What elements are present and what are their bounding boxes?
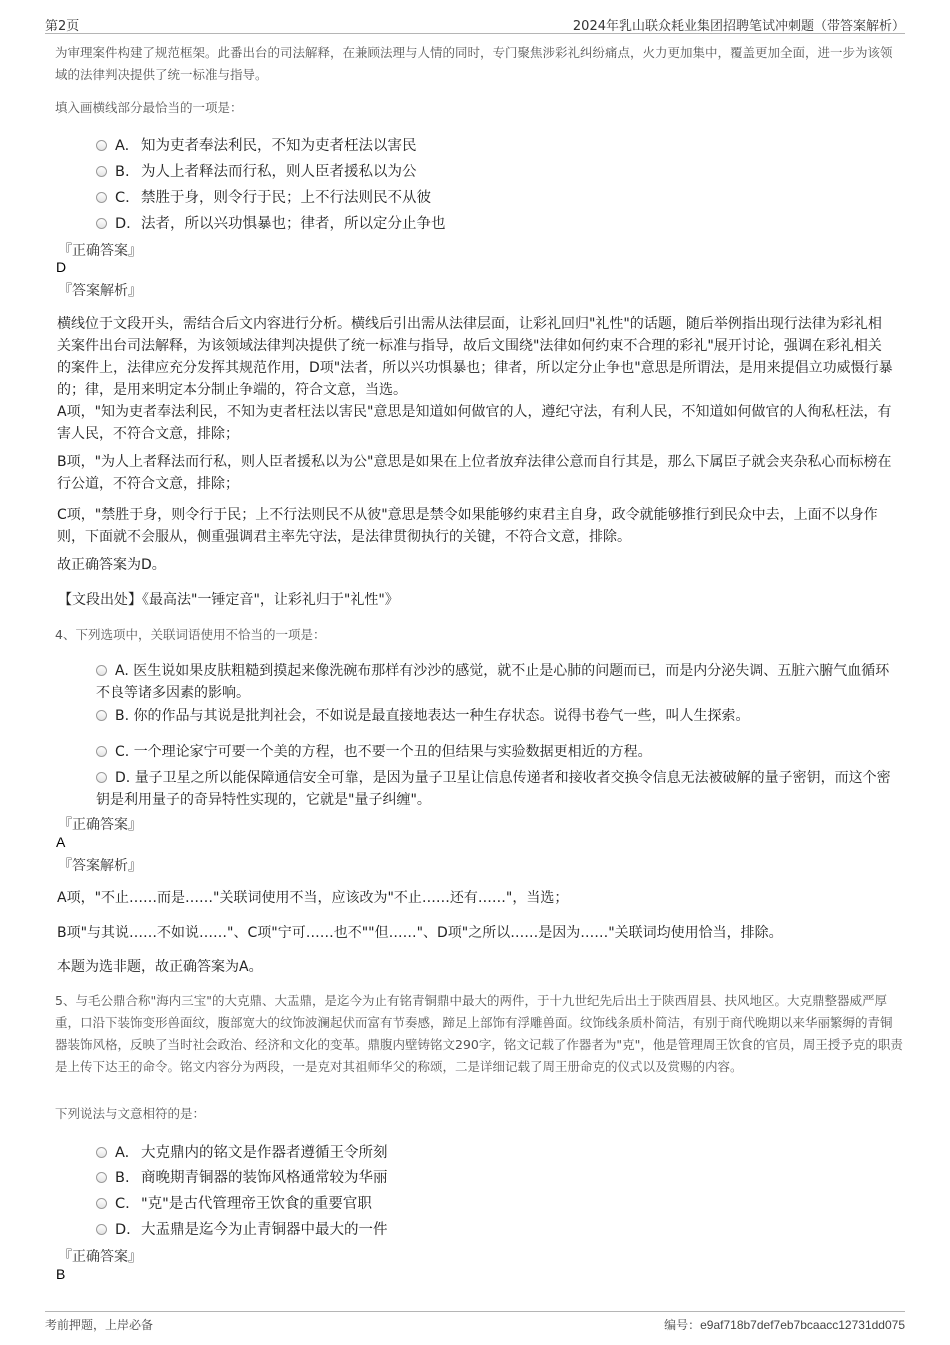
radio-icon[interactable] (96, 746, 107, 757)
q4-answer: A (56, 834, 65, 850)
q3-answer-label: 『正确答案』 (58, 240, 142, 260)
q4-option-d[interactable]: D. 量子卫星之所以能保障通信安全可靠，是因为量子卫星让信息传递者和接收者交换令… (96, 767, 901, 811)
q4-option-c[interactable]: C. 一个理论家宁可要一个美的方程，也不要一个丑的但结果与实验数据更相近的方程。 (96, 741, 901, 763)
q5-prompt: 下列说法与文意相符的是： (55, 1103, 205, 1125)
q4-answer-label: 『正确答案』 (58, 814, 142, 834)
q3-analysis-4: C项，"禁胜于身，则令行于民；上不行法则民不从彼"意思是禁令如果能够约束君主自身… (57, 504, 895, 548)
radio-icon[interactable] (96, 140, 107, 151)
q3-source: 【文段出处】《最高法"一锤定音"，让彩礼归于"礼性"》 (58, 589, 399, 611)
radio-icon[interactable] (96, 1198, 107, 1209)
q3-analysis-label: 『答案解析』 (58, 280, 142, 300)
page-number: 第2页 (45, 15, 79, 34)
radio-icon[interactable] (96, 218, 107, 229)
q4-analysis-2: B项"与其说……不如说……"、C项"宁可……也不""但……"、D项"之所以……是… (57, 922, 897, 944)
q3-analysis-1: 横线位于文段开头，需结合后文内容进行分析。横线后引出需从法律层面，让彩礼回归"礼… (57, 313, 895, 401)
q3-analysis-3: B项，"为人上者释法而行私，则人臣者援私以为公"意思是如果在上位者放弃法律公意而… (57, 451, 895, 495)
q3-option-c[interactable]: C.禁胜于身，则令行于民；上不行法则民不从彼 (96, 186, 431, 207)
q4-conclusion: 本题为选非题，故正确答案为A。 (57, 956, 897, 978)
q4-stem: 4、下列选项中，关联词语使用不恰当的一项是： (55, 624, 325, 646)
page-footer: 考前押题，上岸必备 编号：e9af718b7def7eb7bcaacc12731… (45, 1311, 905, 1332)
q5-answer: B (56, 1266, 65, 1282)
q3-conclusion: 故正确答案为D。 (57, 554, 166, 576)
q3-analysis-2: A项，"知为吏者奉法利民，不知为吏者枉法以害民"意思是知道如何做官的人，遵纪守法… (57, 401, 895, 445)
document-serial: 编号：e9af718b7def7eb7bcaacc12731dd075 (664, 1316, 905, 1333)
document-title: 2024年乳山联众耗业集团招聘笔试冲刺题（带答案解析） (573, 15, 905, 34)
radio-icon[interactable] (96, 772, 107, 783)
q5-option-d[interactable]: D.大盂鼎是迄今为止青铜器中最大的一件 (96, 1218, 388, 1239)
radio-icon[interactable] (96, 710, 107, 721)
q4-analysis-1: A项，"不止……而是……"关联词使用不当，应该改为"不止……还有……"，当选； (57, 887, 897, 909)
radio-icon[interactable] (96, 192, 107, 203)
q5-stem: 5、与毛公鼎合称"海内三宝"的大克鼎、大盂鼎，是迄今为止有铭青铜鼎中最大的两件，… (55, 990, 903, 1078)
q4-option-b[interactable]: B. 你的作品与其说是批判社会，不如说是最直接地表达一种生存状态。说得书卷气一些… (96, 705, 901, 727)
radio-icon[interactable] (96, 665, 107, 676)
q3-option-b[interactable]: B.为人上者释法而行私，则人臣者援私以为公 (96, 160, 417, 181)
q3-option-d[interactable]: D.法者，所以兴功惧暴也；律者，所以定分止争也 (96, 212, 446, 233)
q5-answer-label: 『正确答案』 (58, 1246, 142, 1266)
q5-option-a[interactable]: A.大克鼎内的铭文是作器者遵循王令所刻 (96, 1141, 388, 1162)
q5-option-b[interactable]: B.商晚期青铜器的装饰风格通常较为华丽 (96, 1166, 388, 1187)
q3-passage-tail: 为审理案件构建了规范框架。此番出台的司法解释，在兼顾法理与人情的同时，专门聚焦涉… (55, 42, 900, 86)
q3-option-a[interactable]: A.知为吏者奉法利民，不知为吏者枉法以害民 (96, 134, 417, 155)
radio-icon[interactable] (96, 1172, 107, 1183)
q4-analysis-label: 『答案解析』 (58, 855, 142, 875)
q3-prompt: 填入画横线部分最恰当的一项是： (55, 97, 243, 119)
q5-option-c[interactable]: C."克"是古代管理帝王饮食的重要官职 (96, 1192, 372, 1213)
radio-icon[interactable] (96, 166, 107, 177)
footer-slogan: 考前押题，上岸必备 (45, 1316, 153, 1333)
q4-option-a[interactable]: A. 医生说如果皮肤粗糙到摸起来像洗碗布那样有沙沙的感觉，就不止是心肺的问题而已… (96, 660, 901, 704)
radio-icon[interactable] (96, 1224, 107, 1235)
q3-answer: D (56, 259, 66, 275)
radio-icon[interactable] (96, 1147, 107, 1158)
page-header: 第2页 2024年乳山联众耗业集团招聘笔试冲刺题（带答案解析） (45, 13, 905, 34)
